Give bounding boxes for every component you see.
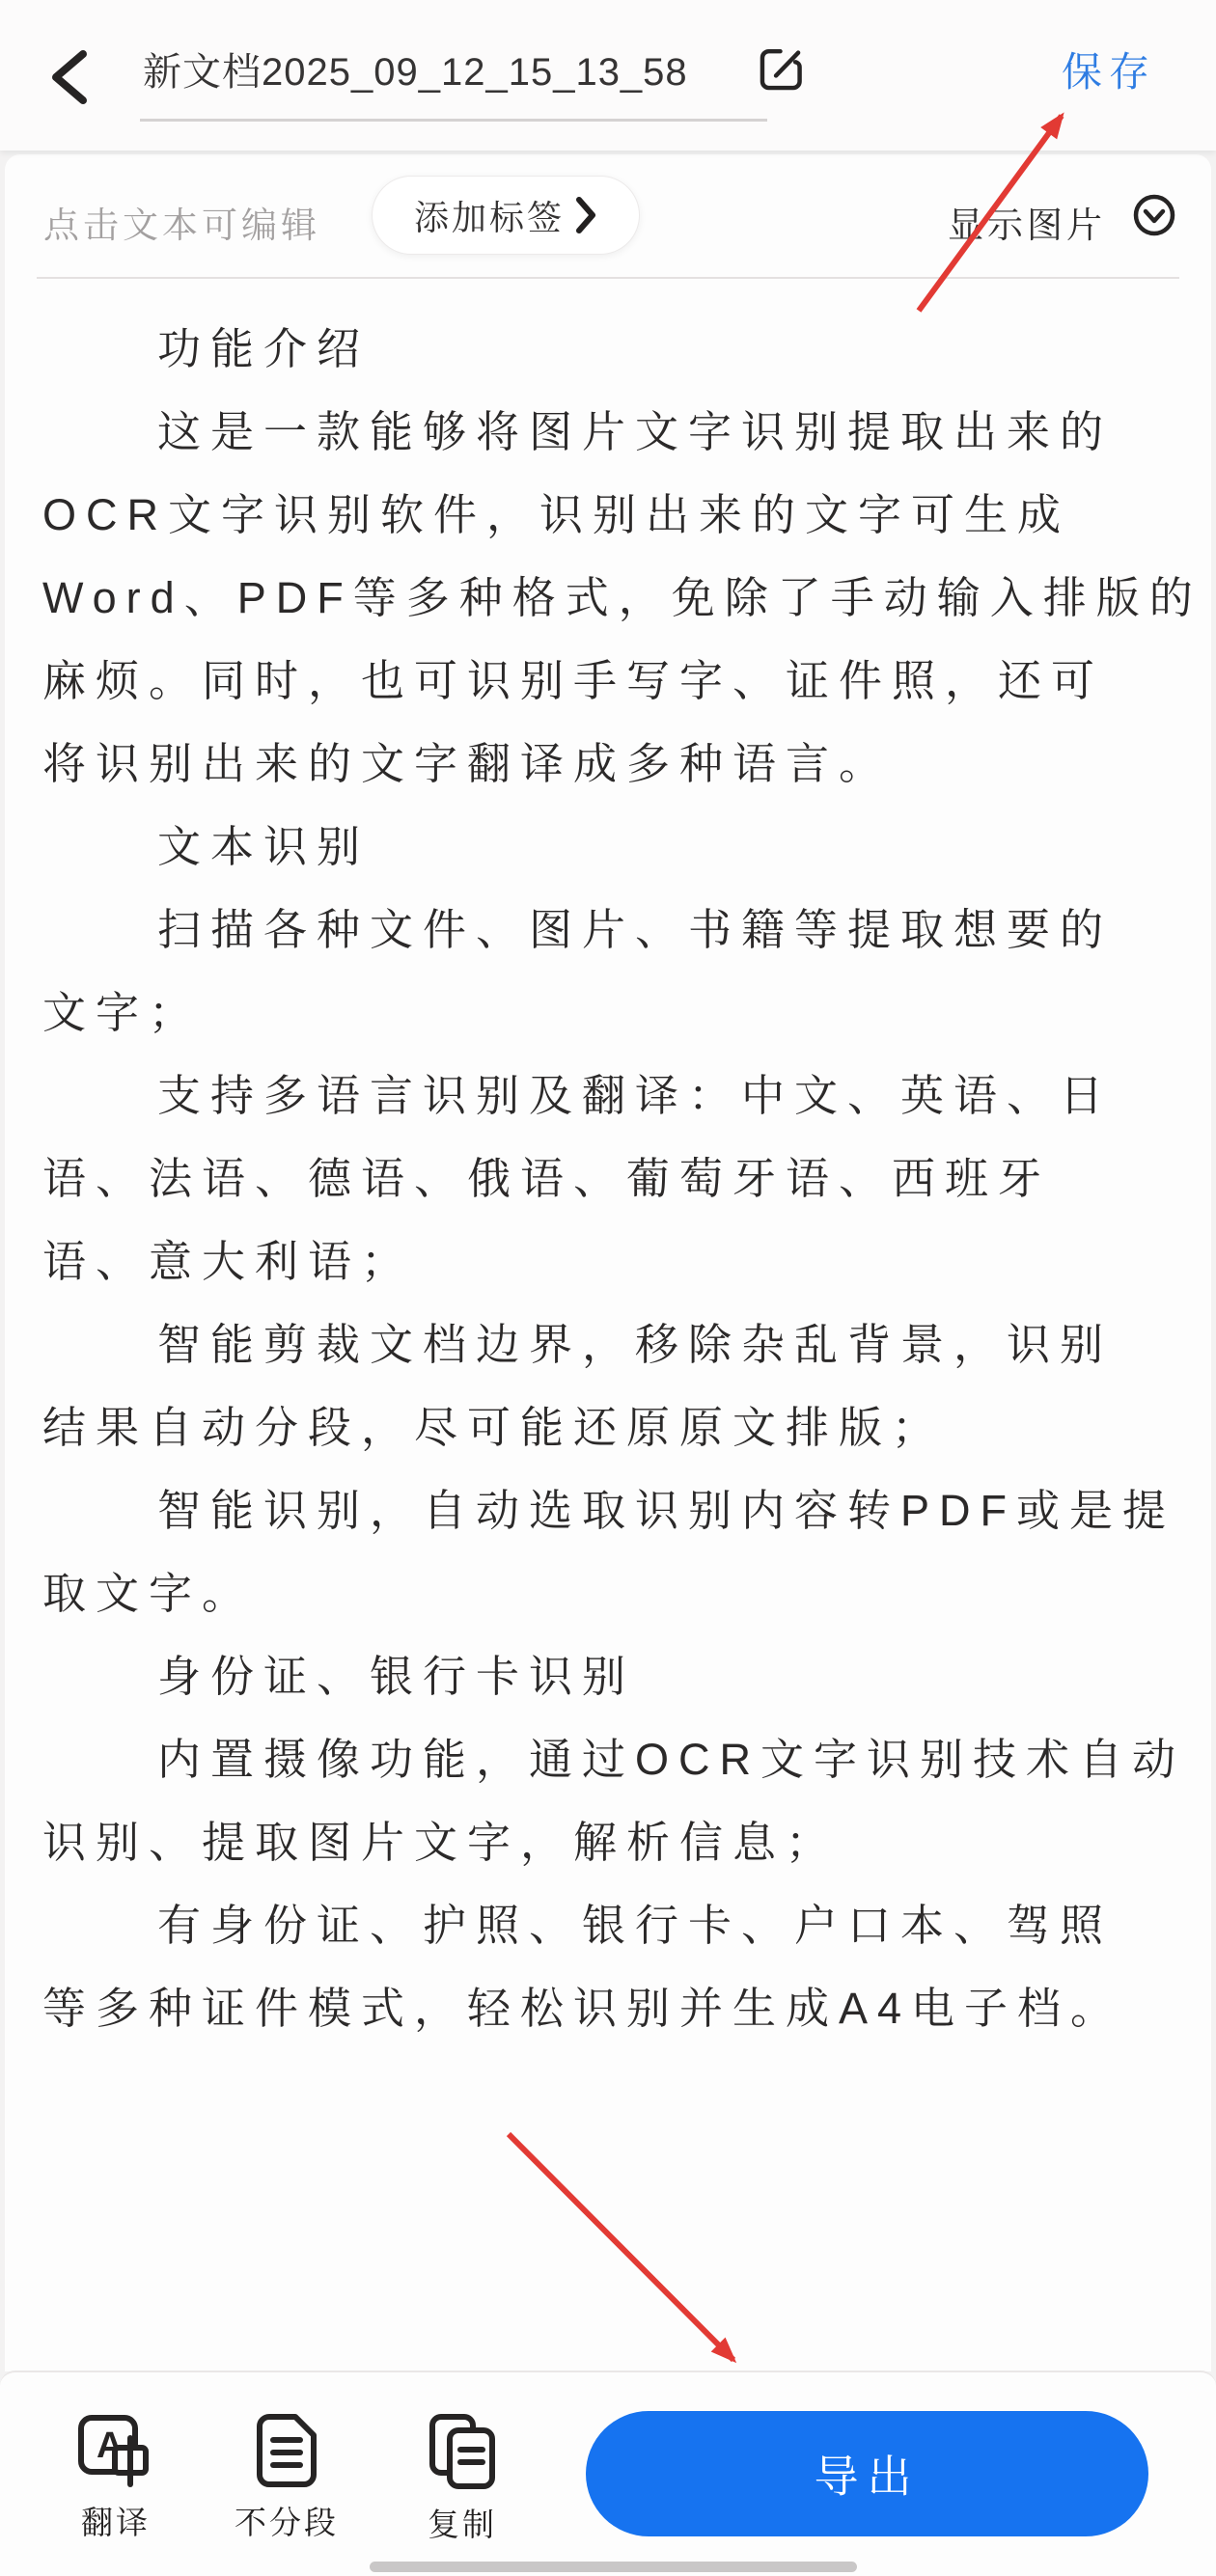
- content-card: 点击文本可编辑 添加标签 显示图片 功能介绍 这是一款能够将图片文字识别提取出来…: [5, 154, 1211, 2371]
- text-line[interactable]: 智能识别，自动选取识别内容转PDF或是提: [5, 1469, 1211, 1552]
- home-indicator[interactable]: [370, 2562, 857, 2572]
- text-line[interactable]: 等多种证件模式，轻松识别并生成A4电子档。: [5, 1967, 1211, 2050]
- text-line[interactable]: 麻烦。同时，也可识别手写字、证件照，还可: [5, 640, 1211, 723]
- save-button[interactable]: 保存: [1062, 0, 1156, 151]
- text-line[interactable]: 内置摄像功能，通过OCR文字识别技术自动: [5, 1718, 1211, 1801]
- text-line[interactable]: 这是一款能够将图片文字识别提取出来的: [5, 391, 1211, 474]
- translate-icon: A: [76, 2413, 155, 2488]
- chevron-down-circle-icon[interactable]: [1132, 193, 1176, 237]
- text-line[interactable]: 有身份证、护照、银行卡、户口本、驾照: [5, 1884, 1211, 1967]
- no-paragraph-label: 不分段: [235, 2498, 339, 2543]
- copy-label: 复制: [428, 2500, 497, 2545]
- text-line[interactable]: 支持多语言识别及翻译：中文、英语、日: [5, 1055, 1211, 1137]
- back-icon[interactable]: [48, 48, 89, 106]
- text-line[interactable]: 文字；: [5, 972, 1211, 1055]
- text-line[interactable]: OCR文字识别软件，识别出来的文字可生成: [5, 474, 1211, 557]
- app-screen: 新文档2025_09_12_15_13_58 保存 点击文本可编辑 添加标签 显…: [0, 0, 1216, 2576]
- text-line[interactable]: 文本识别: [5, 806, 1211, 889]
- text-line[interactable]: 智能剪裁文档边界，移除杂乱背景，识别: [5, 1303, 1211, 1386]
- text-line[interactable]: 语、法语、德语、俄语、葡萄牙语、西班牙: [5, 1137, 1211, 1220]
- text-line[interactable]: 扫描各种文件、图片、书籍等提取想要的: [5, 889, 1211, 972]
- translate-button[interactable]: A 翻译: [68, 2413, 164, 2543]
- text-line[interactable]: 语、意大利语；: [5, 1220, 1211, 1303]
- title-underline: [140, 119, 767, 122]
- add-tag-button[interactable]: 添加标签: [372, 176, 640, 255]
- text-line[interactable]: Word、PDF等多种格式，免除了手动输入排版的: [5, 557, 1211, 640]
- add-tag-label: 添加标签: [414, 191, 565, 240]
- export-button[interactable]: 导出: [586, 2411, 1148, 2536]
- recognized-text: 功能介绍 这是一款能够将图片文字识别提取出来的 OCR文字识别软件，识别出来的文…: [5, 279, 1211, 2050]
- text-line[interactable]: 将识别出来的文字翻译成多种语言。: [5, 723, 1211, 806]
- edit-hint-text: 点击文本可编辑: [43, 196, 320, 248]
- text-line[interactable]: 识别、提取图片文字，解析信息；: [5, 1801, 1211, 1884]
- text-line[interactable]: 取文字。: [5, 1552, 1211, 1635]
- translate-label: 翻译: [81, 2498, 151, 2543]
- show-image-toggle[interactable]: 显示图片: [948, 196, 1106, 248]
- text-line[interactable]: 身份证、银行卡识别: [5, 1635, 1211, 1718]
- top-bar: 新文档2025_09_12_15_13_58 保存: [0, 0, 1216, 151]
- no-paragraph-button[interactable]: 不分段: [234, 2413, 340, 2543]
- text-line[interactable]: 结果自动分段，尽可能还原原文排版；: [5, 1386, 1211, 1469]
- edit-icon[interactable]: [757, 42, 807, 95]
- document-icon: [256, 2413, 318, 2488]
- chevron-right-icon: [574, 196, 597, 234]
- copy-icon: [428, 2413, 497, 2490]
- text-line[interactable]: 功能介绍: [5, 308, 1211, 391]
- copy-button[interactable]: 复制: [409, 2413, 515, 2545]
- bottom-bar: A 翻译 不分段 复制 导出: [0, 2370, 1216, 2576]
- document-title[interactable]: 新文档2025_09_12_15_13_58: [143, 0, 688, 151]
